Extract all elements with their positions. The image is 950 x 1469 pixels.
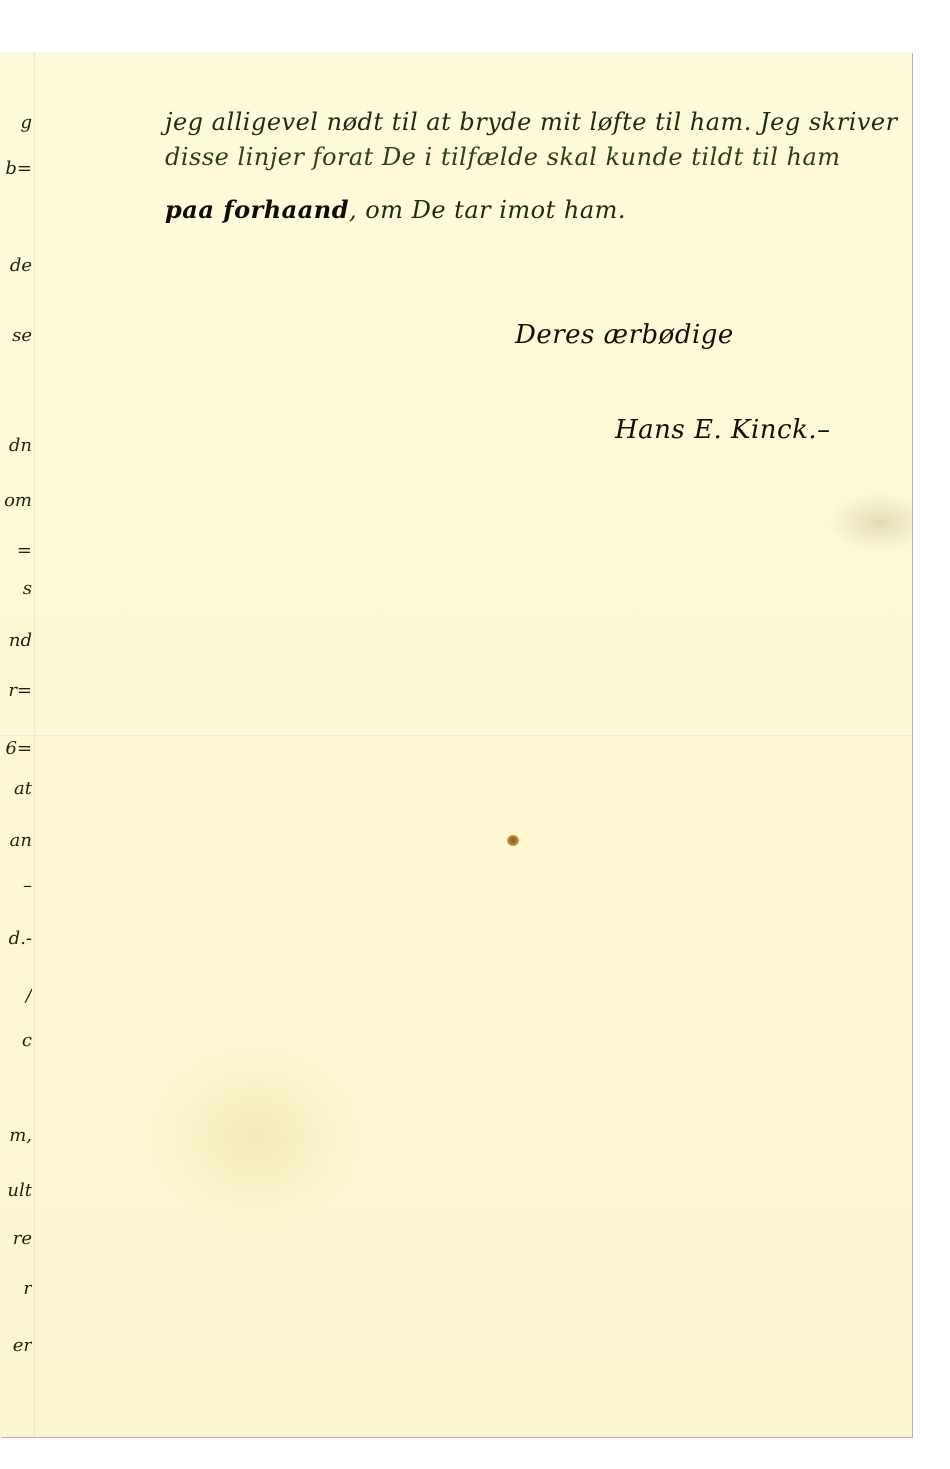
letter-body-line-2: disse linjer forat De i tilfælde skal ku… bbox=[165, 143, 841, 171]
margin-fragment: b= bbox=[0, 158, 32, 179]
previous-page-edge bbox=[34, 52, 35, 1437]
letter-signature: Hans E. Kinck.– bbox=[615, 415, 831, 445]
margin-fragment: re bbox=[0, 1228, 32, 1249]
ink-stain-spot bbox=[507, 835, 519, 846]
margin-fragment: / bbox=[0, 985, 32, 1006]
margin-fragment: s bbox=[0, 578, 32, 599]
letter-body-line-3: paa forhaand, om De tar imot ham. bbox=[165, 195, 626, 224]
margin-fragment: se bbox=[0, 325, 32, 346]
margin-fragment: – bbox=[0, 875, 32, 896]
margin-fragment: om bbox=[0, 490, 32, 511]
margin-fragment: nd bbox=[0, 630, 32, 651]
margin-fragment: = bbox=[0, 540, 32, 561]
margin-fragment: ult bbox=[0, 1180, 32, 1201]
margin-fragment: er bbox=[0, 1335, 32, 1356]
letter-closing: Deres ærbødige bbox=[515, 320, 734, 350]
margin-fragment: r= bbox=[0, 680, 32, 701]
letter-body-line-3-rest: , om De tar imot ham. bbox=[349, 196, 626, 224]
margin-fragment: d.- bbox=[0, 928, 32, 949]
margin-fragment: c bbox=[0, 1030, 32, 1051]
margin-fragment: 6= bbox=[0, 738, 32, 759]
margin-fragment: m, bbox=[0, 1125, 32, 1146]
emphasized-phrase: paa forhaand bbox=[165, 195, 349, 224]
margin-fragment: r bbox=[0, 1278, 32, 1299]
margin-fragment: de bbox=[0, 255, 32, 276]
letter-page bbox=[0, 52, 912, 1437]
paper-fold-line bbox=[0, 733, 912, 736]
margin-fragment: at bbox=[0, 778, 32, 799]
letter-body-line-1: jeg alligevel nødt til at bryde mit løft… bbox=[165, 108, 898, 136]
margin-fragment: g bbox=[0, 112, 32, 133]
margin-fragment: an bbox=[0, 830, 32, 851]
margin-fragment: dn bbox=[0, 435, 32, 456]
